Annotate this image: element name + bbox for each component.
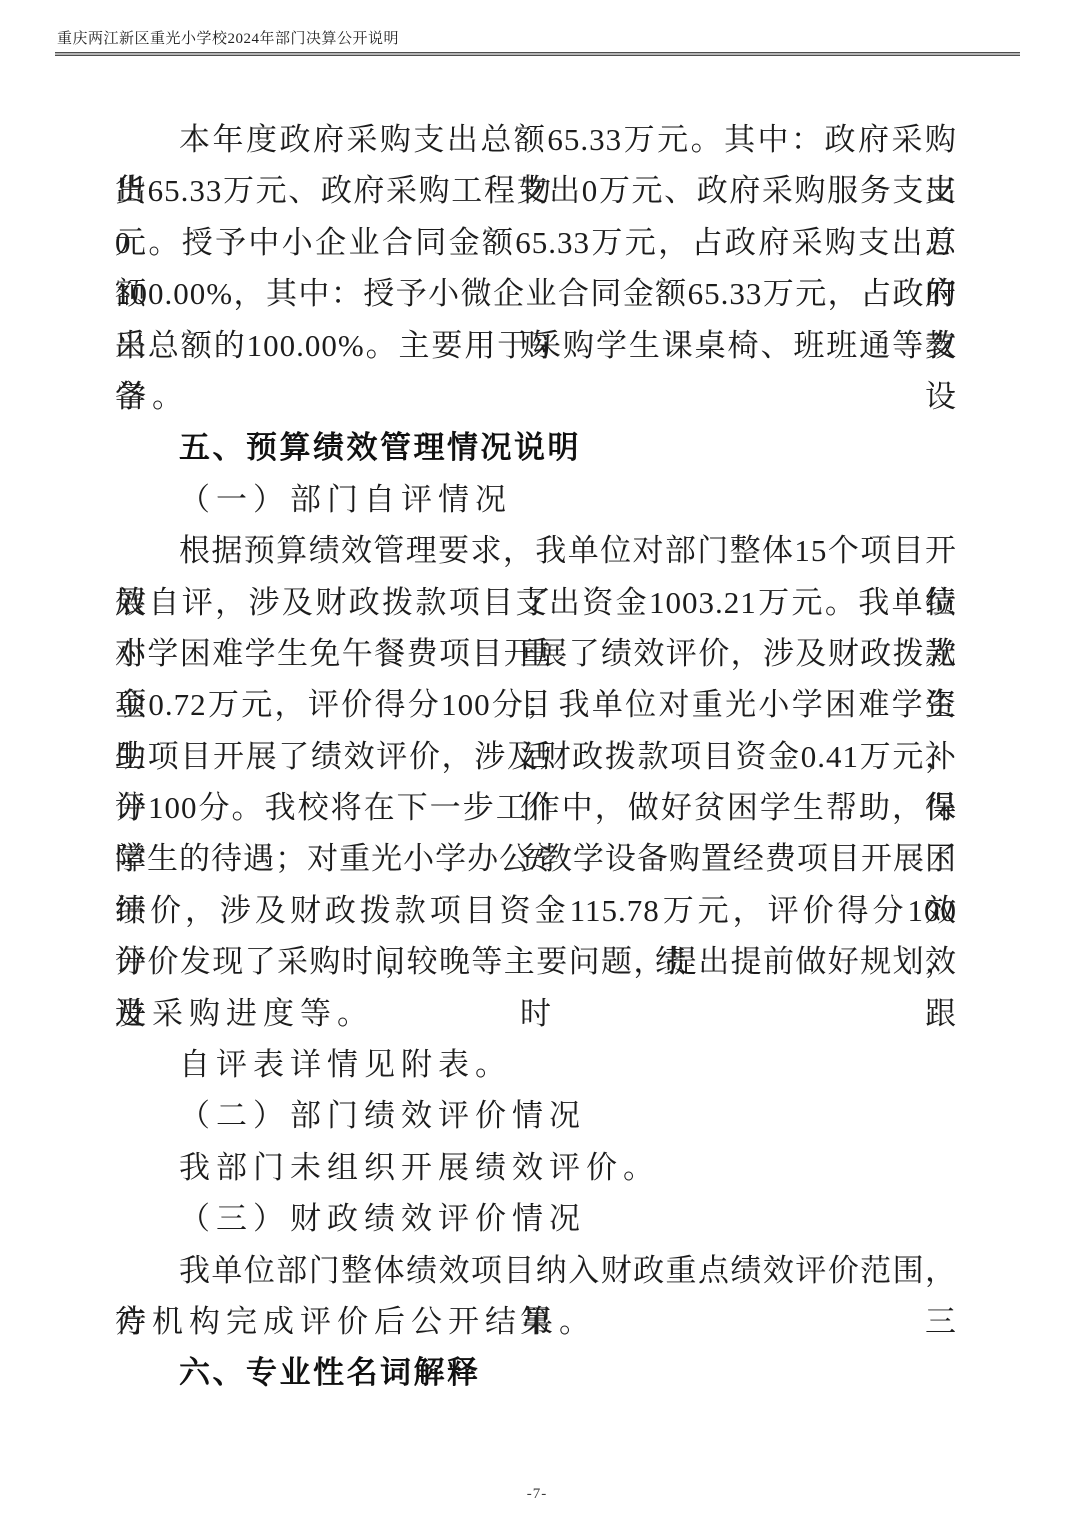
- paragraph-line: 出65.33万元、政府采购工程支出0万元、政府采购服务支出0万: [115, 165, 957, 216]
- paragraph-line: 我单位部门整体绩效项目纳入财政重点绩效评价范围，待第三: [115, 1245, 957, 1296]
- paragraph-line: 助项目开展了绩效评价，涉及财政拨款项目资金0.41万元，评价得: [115, 731, 957, 782]
- paragraph-line: 元。授予中小企业合同金额65.33万元，占政府采购支出总额的: [115, 217, 957, 268]
- paragraph-line: 本年度政府采购支出总额65.33万元。其中：政府采购货物支: [115, 114, 957, 165]
- paragraph-line: 评价，涉及财政拨款项目资金115.78万元，评价得分100分，绩效: [115, 885, 957, 936]
- paragraph-line: 出总额的100.00%。主要用于采购学生课桌椅、班班通等教学设: [115, 320, 957, 371]
- paragraph-line: （一）部门自评情况: [115, 474, 957, 525]
- paragraph-line: 效自评，涉及财政拨款项目支出资金1003.21万元。我单位对重光: [115, 577, 957, 628]
- paragraph-line: 根据预算绩效管理要求，我单位对部门整体15个项目开展了绩: [115, 525, 957, 576]
- header-rule: [55, 52, 1020, 56]
- paragraph-line: （三）财政绩效评价情况: [115, 1193, 957, 1244]
- section-heading: 五、预算绩效管理情况说明: [115, 422, 957, 473]
- paragraph-line: 小学困难学生免午餐费项目开展了绩效评价，涉及财政拨款项目资: [115, 628, 957, 679]
- page-number: -7-: [0, 1486, 1074, 1503]
- paragraph-line: 学生的待遇；对重光小学办公/教学设备购置经费项目开展了绩效: [115, 833, 957, 884]
- document-body: 本年度政府采购支出总额65.33万元。其中：政府采购货物支出65.33万元、政府…: [115, 114, 957, 1399]
- paragraph-line: 分100分。我校将在下一步工作中，做好贫困学生帮助，保障贫困: [115, 782, 957, 833]
- section-heading: 六、专业性名词解释: [115, 1347, 957, 1398]
- paragraph-line: 金0.72万元，评价得分100分；我单位对重光小学困难学生生活补: [115, 679, 957, 730]
- running-header-title: 重庆两江新区重光小学校2024年部门决算公开说明: [57, 28, 1017, 50]
- paragraph-line: 评价发现了采购时间较晚等主要问题，提出提前做好规划，及时跟: [115, 936, 957, 987]
- paragraph-line: 我部门未组织开展绩效评价。: [115, 1142, 957, 1193]
- document-page: 重庆两江新区重光小学校2024年部门决算公开说明 本年度政府采购支出总额65.3…: [0, 0, 1074, 1520]
- paragraph-line: 100.00%，其中：授予小微企业合同金额65.33万元，占政府采购支: [115, 268, 957, 319]
- paragraph-line: 自评表详情见附表。: [115, 1039, 957, 1090]
- paragraph-line: （二）部门绩效评价情况: [115, 1090, 957, 1141]
